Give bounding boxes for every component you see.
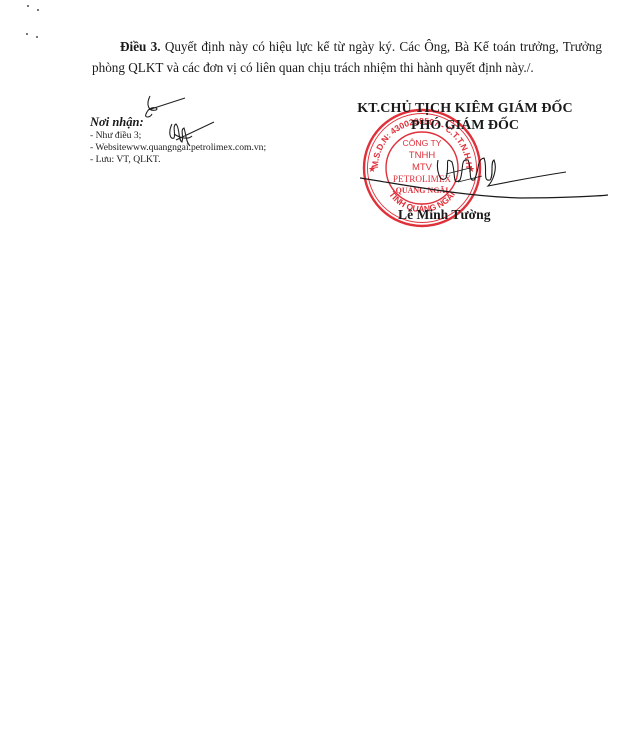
signer-name: Lê Minh Tường	[398, 207, 491, 223]
handwritten-signature	[0, 0, 630, 750]
